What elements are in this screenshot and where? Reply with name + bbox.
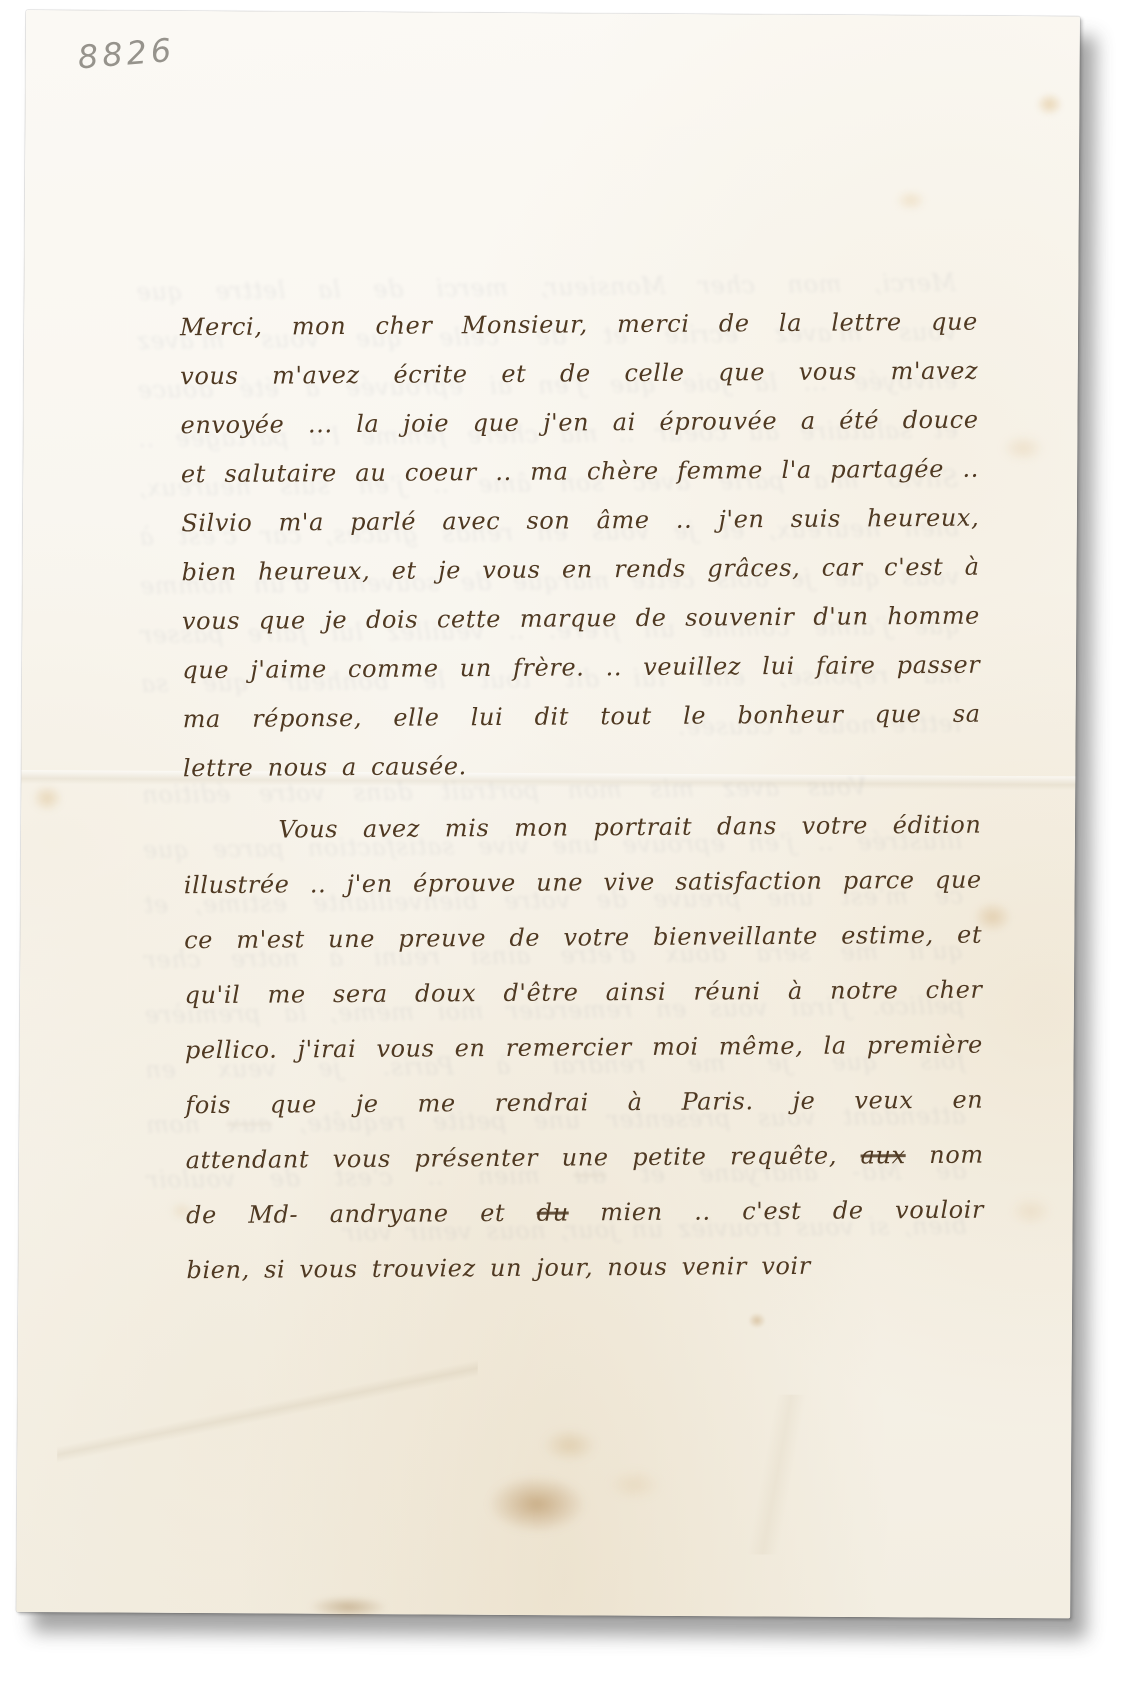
letter-text-segment: bien, si vous trouviez un jour, nous ven… [186,1252,811,1284]
diagonal-crease [57,1350,478,1473]
letter-text: Merci, mon cher Monsieur, merci de la le… [180,298,985,1299]
letter-text-segment: illustrée .. j'en éprouve une vive satis… [184,866,982,900]
letter-text-segment: attendant vous présenter une petite requ… [186,1141,861,1174]
letter-text-segment: ce m'est une preuve de votre bienveillan… [184,921,982,955]
foxing-stain [1001,434,1045,462]
letter-line: qu'il me sera doux d'être ainsi réuni à … [184,963,982,1024]
foxing-stain [1035,92,1063,116]
letter-line: Vous avez mis mon portrait dans votre éd… [183,798,981,859]
inventory-number: 8826 [76,31,176,77]
letter-line: Merci, mon cher Monsieur, merci de la le… [180,298,978,353]
letter-text-segment: ma réponse, elle lui dit tout le bonheur… [183,700,981,734]
foxing-stain [308,1596,388,1618]
letter-text-segment: de Md- andryane et [186,1199,537,1229]
letter-text-segment: Silvio m'a parlé avec son âme .. j'en su… [181,504,979,538]
letter-line: bien, si vous trouviez un jour, nous ven… [186,1238,984,1299]
foxing-stain [748,1312,766,1328]
letter-line: vous que je dois cette marque de souveni… [182,592,980,647]
letter-line: bien heureux, et je vous en rends grâces… [181,543,979,598]
letter-line: fois que je me rendrai à Paris. je veux … [185,1073,983,1134]
letter-text-segment: pellico. j'irai vous en remercier moi mê… [185,1031,983,1065]
foxing-stain [607,1469,662,1501]
letter-paragraph: Merci, mon cher Monsieur, merci de la le… [180,298,981,794]
letter-text-segment: fois que je me rendrai à Paris. je veux … [185,1086,983,1120]
letter-line: ma réponse, elle lui dit tout le bonheur… [182,690,980,745]
letter-line: que j'aime comme un frère. .. veuillez l… [182,641,980,696]
letter-line: et salutaire au coeur .. ma chère femme … [181,445,979,500]
letter-text-segment: Merci, mon cher Monsieur, merci de la le… [180,308,978,342]
diagonal-crease [537,1393,1018,1556]
letter-text-segment: envoyée ... la joie que j'en ai éprouvée… [180,406,978,440]
foxing-stain [487,1475,587,1534]
letter-line: pellico. j'irai vous en remercier moi mê… [185,1018,983,1079]
letter-text-segment: mien .. c'est de vouloir [569,1196,985,1227]
letter-line: Silvio m'a parlé avec son âme .. j'en su… [181,494,979,549]
letter-text-segment: et salutaire au coeur .. ma chère femme … [181,455,979,489]
letter-text-segment: vous m'avez écrite et de celle que vous … [180,357,978,391]
letter-text-segment: lettre nous a causée. [183,752,467,782]
struck-word: aux [860,1141,905,1169]
letter-line: lettre nous a causée. [183,739,981,794]
letter-text-segment: que j'aime comme un frère. .. veuillez l… [182,651,980,685]
letter-line: illustrée .. j'en éprouve une vive satis… [184,853,982,914]
letter-text-segment: nom [906,1141,984,1170]
struck-word: du [537,1199,569,1227]
letter-line: de Md- andryane et du mien .. c'est de v… [186,1183,984,1244]
letter-text-segment: qu'il me sera doux d'être ainsi réuni à … [184,976,982,1010]
foxing-stain [31,784,63,812]
letter-paragraph: Vous avez mis mon portrait dans votre éd… [183,798,984,1299]
letter-text-segment: Vous avez mis mon portrait dans votre éd… [278,811,981,844]
letter-line: ce m'est une preuve de votre bienveillan… [184,908,982,969]
letter-text-segment: vous que je dois cette marque de souveni… [182,602,980,636]
foxing-stain [895,189,927,211]
letter-line: attendant vous présenter une petite requ… [186,1128,984,1189]
letter-page: 8826 Merci, mon cher Monsieur, merci de … [16,10,1080,1618]
letter-line: envoyée ... la joie que j'en ai éprouvée… [180,396,978,451]
foxing-stain [1009,1196,1053,1226]
foxing-stain [542,1428,597,1462]
letter-text-segment: bien heureux, et je vous en rends grâces… [182,553,980,587]
letter-line: vous m'avez écrite et de celle que vous … [180,347,978,402]
